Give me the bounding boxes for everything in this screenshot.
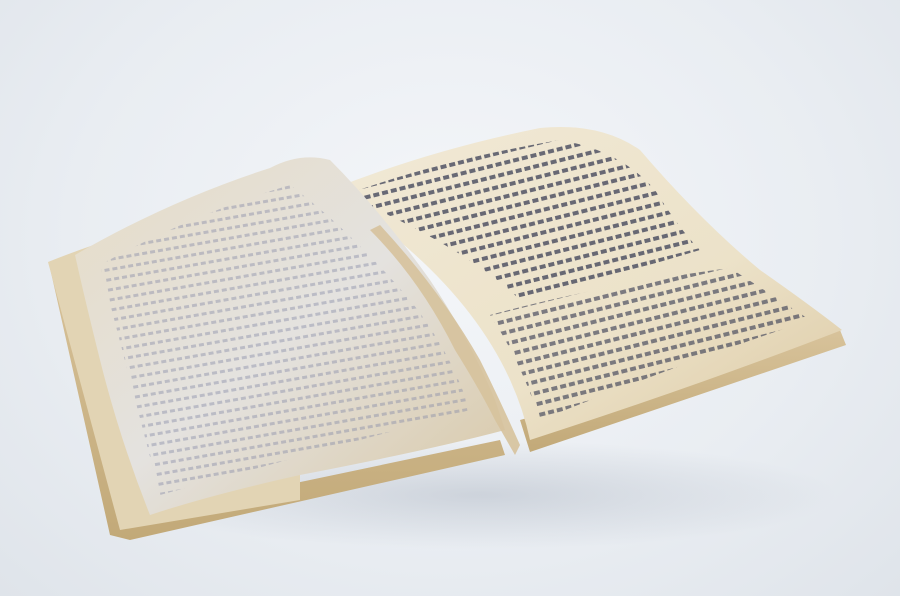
booklet [0, 0, 900, 596]
photo-scene: Old worn typewritten booklet lying open … [0, 0, 900, 596]
